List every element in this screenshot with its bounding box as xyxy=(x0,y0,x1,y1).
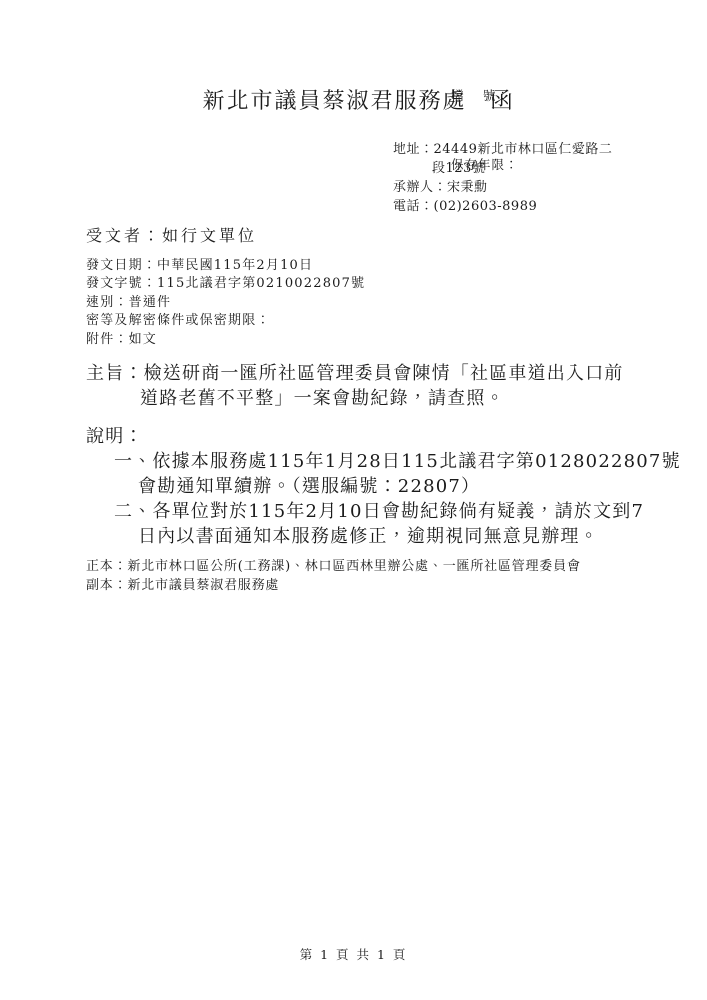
description-heading: 說明： xyxy=(86,424,681,449)
speed-line: 速別：普通件 xyxy=(86,294,365,312)
description-item1-line1: 一、依據本服務處115年1月28日115北議君字第0128022807號 xyxy=(114,449,681,474)
recipient-line: 受文者：如行文單位 xyxy=(86,223,257,246)
description-item2-line2: 日內以書面通知本服務處修正，逾期視同無意見辦理。 xyxy=(138,524,681,549)
subject-block: 主旨：檢送研商一匯所社區管理委員會陳情「社區車道出入口前 道路老舊不平整」一案會… xyxy=(86,361,624,411)
original-copy-line: 正本：新北市林口區公所(工務課)、林口區西林里辦公處、一匯所社區管理委員會 xyxy=(86,558,581,577)
subject-line1: 主旨：檢送研商一匯所社區管理委員會陳情「社區車道出入口前 xyxy=(86,361,624,386)
sender-address-line2: 段123號 xyxy=(432,159,612,178)
dispatch-meta-block: 發文日期：中華民國115年2月10日 發文字號：115北議君字第02100228… xyxy=(86,257,365,349)
doc-number-line: 發文字號：115北議君字第0210022807號 xyxy=(86,275,365,293)
issue-date-line: 發文日期：中華民國115年2月10日 xyxy=(86,257,365,275)
description-item1-line2: 會勘通知單續辦。（選服編號：22807） xyxy=(138,474,681,499)
sender-address-line1: 地址：24449新北市林口區仁愛路二 xyxy=(393,140,612,159)
document-title: 新北市議員蔡淑君服務處 函 xyxy=(5,84,707,115)
sender-info-block: 地址：24449新北市林口區仁愛路二 段123號 承辦人：宋秉勳 電話：(02)… xyxy=(393,140,612,216)
page-number-footer: 第 1 頁 共 1 頁 xyxy=(0,945,707,963)
sender-contact-person: 承辦人：宋秉勳 xyxy=(393,178,612,197)
copies-block: 正本：新北市林口區公所(工務課)、林口區西林里辦公處、一匯所社區管理委員會 副本… xyxy=(86,558,581,595)
sender-phone: 電話：(02)2603-8989 xyxy=(393,197,612,216)
attachment-line: 附件：如文 xyxy=(86,331,365,349)
description-block: 說明： 一、依據本服務處115年1月28日115北議君字第0128022807號… xyxy=(86,424,681,549)
description-item2-line1: 二、各單位對於115年2月10日會勘紀錄倘有疑義，請於文到7 xyxy=(114,499,681,524)
carbon-copy-line: 副本：新北市議員蔡淑君服務處 xyxy=(86,577,581,596)
security-line: 密等及解密條件或保密期限： xyxy=(86,312,365,330)
subject-line2: 道路老舊不平整」一案會勘紀錄，請查照。 xyxy=(140,386,624,411)
official-letter-page: 檔 號： 保存年限： 新北市議員蔡淑君服務處 函 地址：24449新北市林口區仁… xyxy=(0,0,707,1000)
